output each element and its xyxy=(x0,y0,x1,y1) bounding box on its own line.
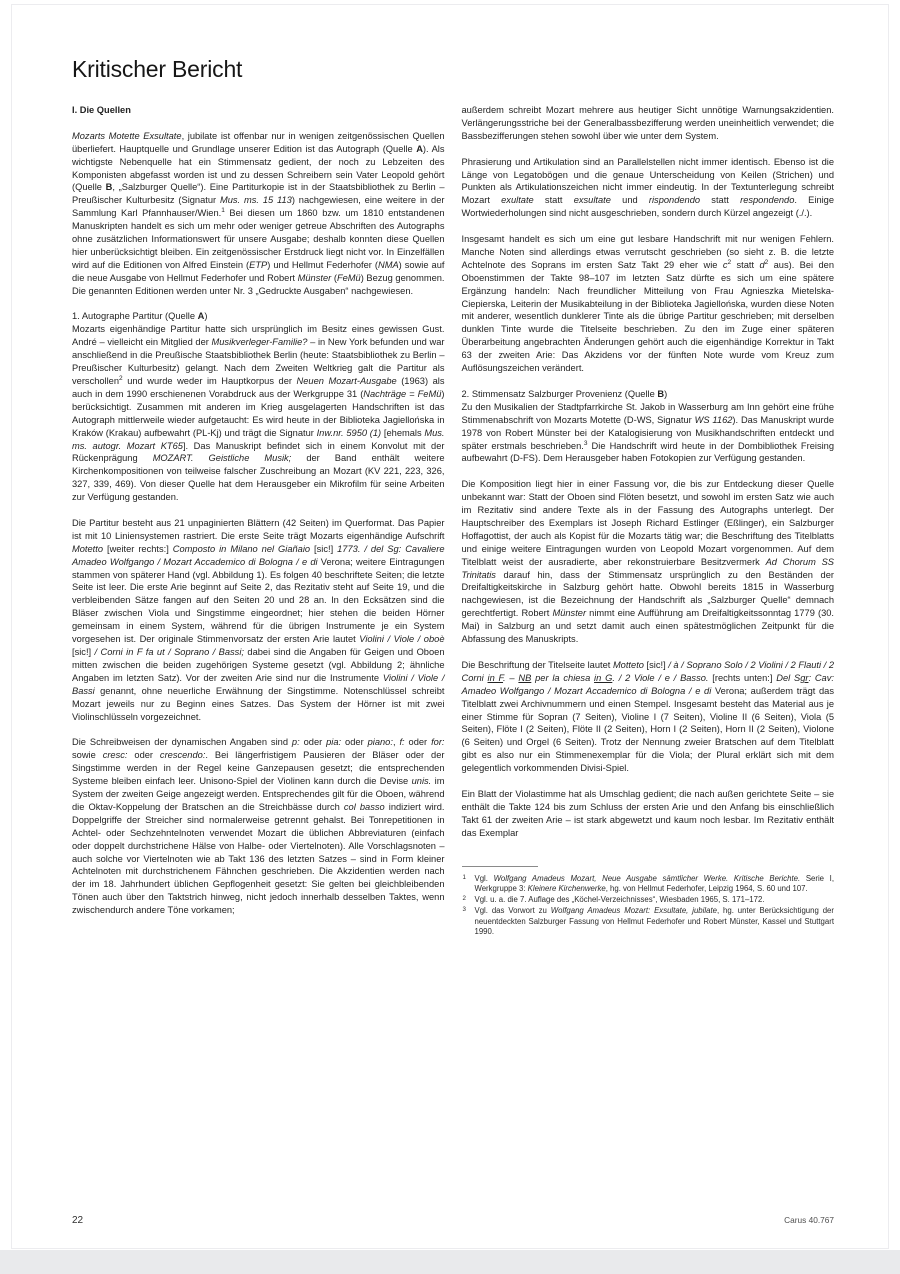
paragraph: Die Komposition liegt hier in einer Fass… xyxy=(462,478,835,646)
footnote-number: 2 xyxy=(463,894,466,904)
footnote-number: 3 xyxy=(463,905,466,915)
two-column-layout: I. Die Quellen Mozarts Motette Exsultate… xyxy=(72,104,834,938)
footnote-text: Vgl. Wolfgang Amadeus Mozart, Neue Ausga… xyxy=(475,874,835,893)
paragraph: Mozarts Motette Exsultate, jubilate ist … xyxy=(72,130,445,298)
paragraph: Die Partitur besteht aus 21 unpaginierte… xyxy=(72,517,445,724)
paragraph: Ein Blatt der Violastimme hat als Umschl… xyxy=(462,788,835,840)
page-footer: 22 Carus 40.767 xyxy=(72,1215,834,1226)
footnote-text: Vgl. das Vorwort zu Wolfgang Amadeus Moz… xyxy=(475,906,835,936)
paragraph: Mozarts eigenhändige Partitur hatte sich… xyxy=(72,323,445,504)
section-heading: I. Die Quellen xyxy=(72,104,445,117)
page-number: 22 xyxy=(72,1215,83,1226)
paragraph: Die Beschriftung der Titelseite lautet M… xyxy=(462,659,835,775)
footnote: 2 Vgl. u. a. die 7. Auflage des „Köchel-… xyxy=(462,895,835,905)
document-page: Kritischer Bericht I. Die Quellen Mozart… xyxy=(0,0,900,1274)
left-column: I. Die Quellen Mozarts Motette Exsultate… xyxy=(72,104,445,938)
footnotes: 1 Vgl. Wolfgang Amadeus Mozart, Neue Aus… xyxy=(462,866,835,938)
paragraph: außerdem schreibt Mozart mehrere aus heu… xyxy=(462,104,835,143)
paragraph: Die Schreibweisen der dynamischen Angabe… xyxy=(72,736,445,917)
footnote: 1 Vgl. Wolfgang Amadeus Mozart, Neue Aus… xyxy=(462,874,835,895)
page-content: Kritischer Bericht I. Die Quellen Mozart… xyxy=(72,56,834,938)
paragraph: Phrasierung und Artikulation sind an Par… xyxy=(462,156,835,221)
page-title: Kritischer Bericht xyxy=(72,56,834,83)
edition-number: Carus 40.767 xyxy=(784,1215,834,1225)
paragraph: Insgesamt handelt es sich um eine gut le… xyxy=(462,233,835,375)
footnote-text: Vgl. u. a. die 7. Auflage des „Köchel-Ve… xyxy=(475,895,765,904)
footnote-number: 1 xyxy=(463,873,466,883)
desk-background-strip xyxy=(0,1250,900,1274)
footnote: 3 Vgl. das Vorwort zu Wolfgang Amadeus M… xyxy=(462,906,835,937)
right-column: außerdem schreibt Mozart mehrere aus heu… xyxy=(462,104,835,938)
subsection-heading: 1. Autographe Partitur (Quelle A) xyxy=(72,310,445,323)
subsection-heading: 2. Stimmensatz Salzburger Provenienz (Qu… xyxy=(462,388,835,401)
paragraph: Zu den Musikalien der Stadtpfarrkirche S… xyxy=(462,401,835,466)
footnote-separator xyxy=(462,866,538,867)
